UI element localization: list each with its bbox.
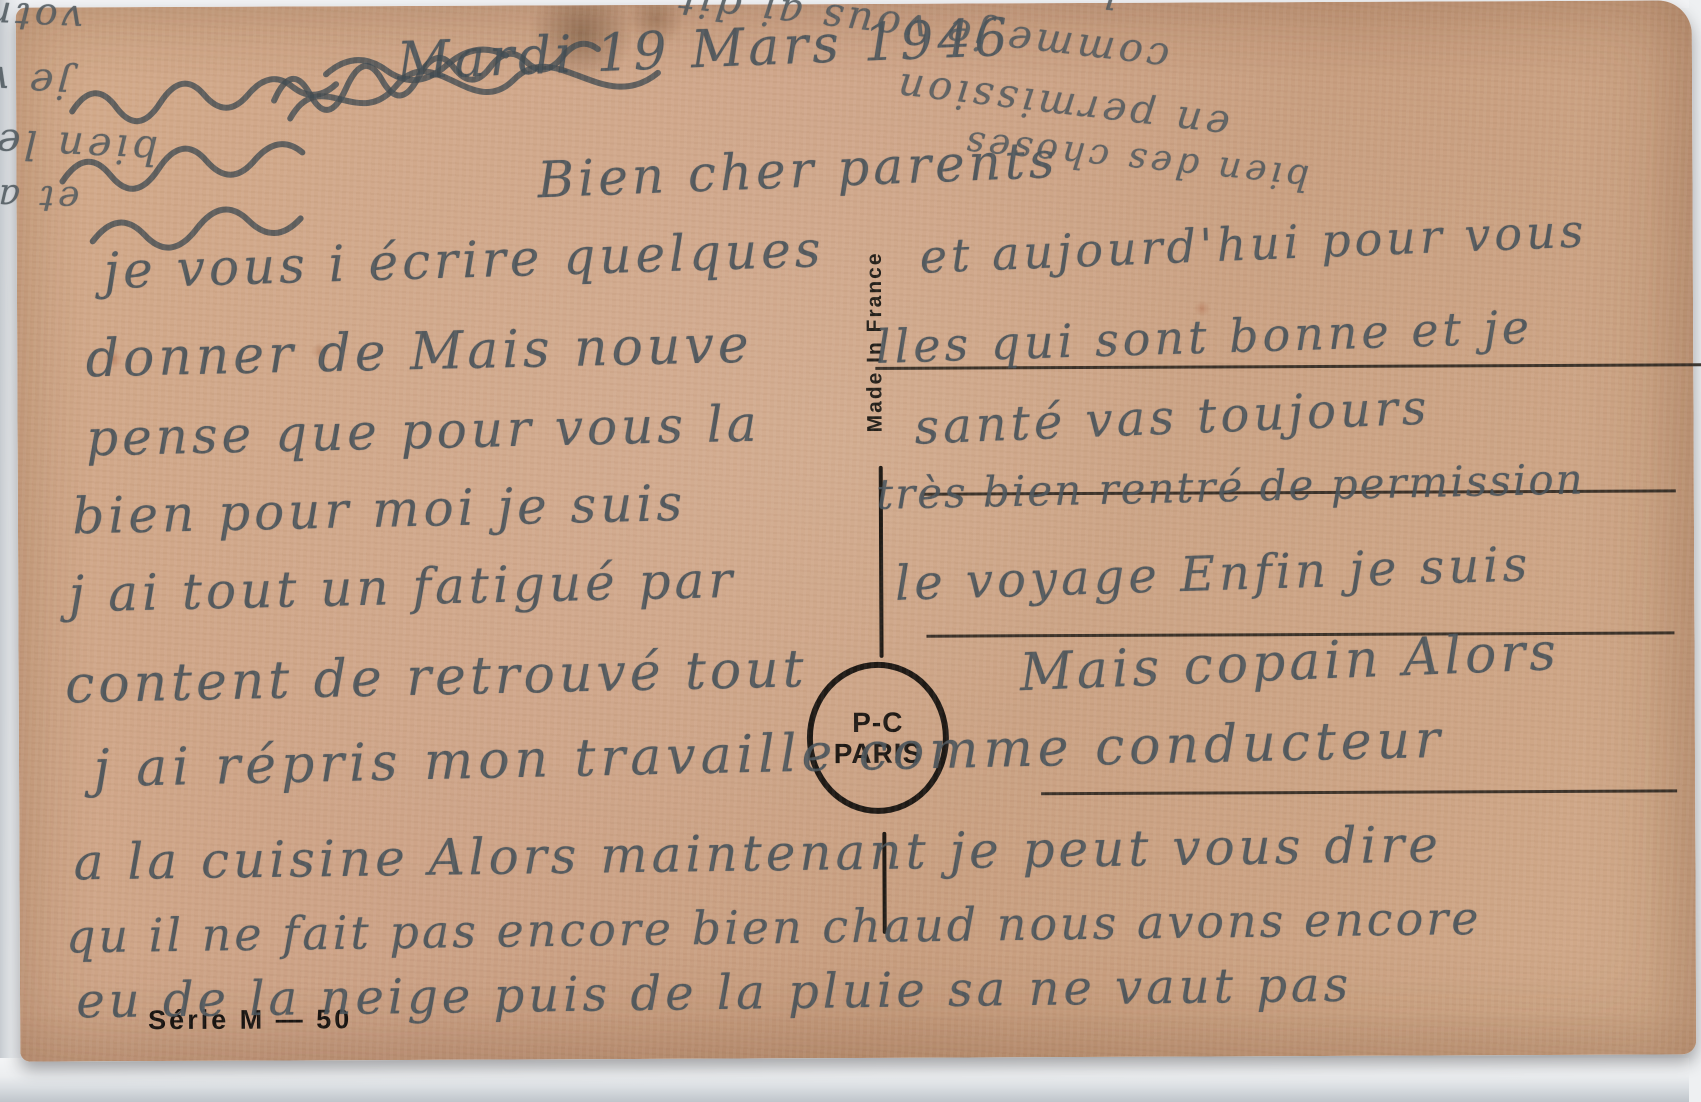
inverted-line: bien le bonjour a tous: [0, 102, 159, 173]
handwriting-line: bien pour moi je suis: [72, 474, 687, 545]
handwriting-line: lles qui sont bonne et je: [875, 300, 1534, 374]
handwriting-line: le voyage Enfin je suis: [894, 536, 1532, 611]
address-line-4: [1041, 789, 1677, 795]
handwriting-line: qu il ne fait pas encore bien chaud nous…: [66, 891, 1482, 964]
handwriting-line: a la cuisine Alors maintenant je peut vo…: [73, 816, 1442, 892]
handwriting-line: donner de Mais nouve: [85, 315, 753, 390]
handwriting-line: pense que pour vous la: [85, 395, 761, 468]
handwriting-line: et aujourd'hui pour vous: [919, 204, 1589, 284]
postcard: Made In France P-C PARIS Série M — 50 Ma…: [16, 0, 1697, 1061]
handwriting-line: j ai répris mon travaille comme conducte…: [93, 710, 1446, 799]
scan-edge-bottom: [0, 1058, 1701, 1102]
inverted-line: votre fils qui pense a vous: [0, 0, 84, 41]
handwriting-line: content de retrouvé tout: [65, 639, 809, 715]
handwriting-line: je vous i écrire quelques: [103, 220, 826, 300]
handwriting-line: très bien rentré de permission: [876, 454, 1585, 518]
handwriting-line: santé vas toujours: [913, 379, 1431, 455]
handwriting-line: j ai tout un fatigué par: [68, 551, 737, 624]
inverted-line: et a bientôt: [0, 171, 80, 220]
handwriting-line: eu de la neige puis de la pluie sa ne va…: [76, 957, 1353, 1030]
